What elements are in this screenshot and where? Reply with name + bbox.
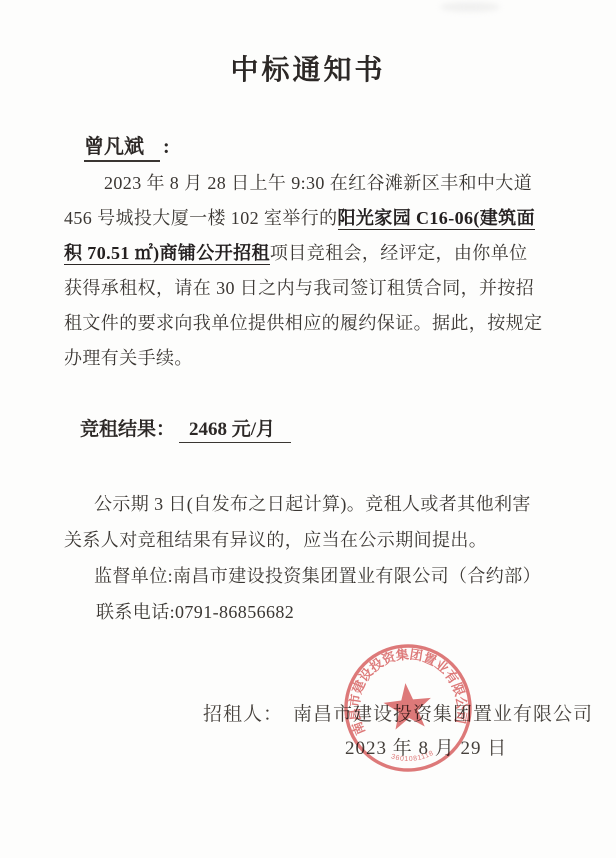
- text-line: 公示期 3 日(自发布之日起计算)。竞租人或者其他利害: [64, 486, 556, 522]
- text-line: 获得承租权，请在 30 日之内与我司签订租赁合同，并按招: [64, 271, 542, 306]
- lessor-label: 招租人：: [203, 704, 283, 725]
- highlighted-project-text: 积 70.51 ㎡)商铺公开招租: [64, 243, 270, 265]
- addressee-line: 曾凡斌:: [84, 130, 170, 162]
- scan-artifact: [440, 2, 500, 12]
- document-title: 中标通知书: [0, 48, 616, 88]
- text-line: 监督单位:南昌市建设投资集团置业有限公司（合约部）: [64, 558, 556, 594]
- text-line: 456 号城投大厦一楼 102 室举行的阳光家园 C16-06(建筑面: [64, 201, 542, 236]
- lessor-name: 南昌市建设投资集团置业有限公司: [293, 704, 593, 725]
- text-line: 租文件的要求向我单位提供相应的履约保证。据此，按规定: [64, 306, 542, 341]
- body-text: 456 号城投大厦一楼 102 室举行的: [64, 208, 338, 228]
- bid-result-line: 竞租结果：2468 元/月: [80, 414, 291, 443]
- body-text: 项目竞租会，经评定，由你单位: [270, 243, 528, 263]
- body-text: 租文件的要求向我单位提供相应的履约保证。据此，按规定: [64, 313, 542, 333]
- bid-result-value: 2468 元/月: [179, 414, 291, 443]
- addressee-colon: :: [163, 136, 170, 158]
- text-line: 联系电话:0791-86856682: [64, 594, 556, 630]
- date-line: 2023 年 8 月 29 日: [345, 733, 507, 760]
- lessor-line: 招租人：南昌市建设投资集团置业有限公司: [203, 699, 593, 726]
- text-line: 关系人对竞租结果有异议的，应当在公示期间提出。: [64, 522, 556, 558]
- body-text: 2023 年 8 月 28 日上午 9:30 在红谷滩新区丰和中大道: [104, 173, 532, 193]
- highlighted-project-text: 阳光家园 C16-06(建筑面: [338, 208, 536, 230]
- main-paragraph: 2023 年 8 月 28 日上午 9:30 在红谷滩新区丰和中大道456 号城…: [64, 166, 542, 376]
- body-text: 获得承租权，请在 30 日之内与我司签订租赁合同，并按招: [64, 278, 534, 298]
- addressee-name: 曾凡斌: [84, 130, 160, 162]
- text-line: 2023 年 8 月 28 日上午 9:30 在红谷滩新区丰和中大道: [64, 166, 542, 201]
- text-line: 积 70.51 ㎡)商铺公开招租项目竞租会，经评定，由你单位: [64, 236, 542, 271]
- text-line: 办理有关手续。: [64, 341, 542, 376]
- bid-result-label: 竞租结果：: [80, 419, 175, 440]
- body-text: 办理有关手续。: [64, 348, 193, 368]
- notice-paragraph: 公示期 3 日(自发布之日起计算)。竞租人或者其他利害关系人对竞租结果有异议的，…: [64, 486, 556, 630]
- document-page: 中标通知书 曾凡斌: 2023 年 8 月 28 日上午 9:30 在红谷滩新区…: [0, 0, 616, 858]
